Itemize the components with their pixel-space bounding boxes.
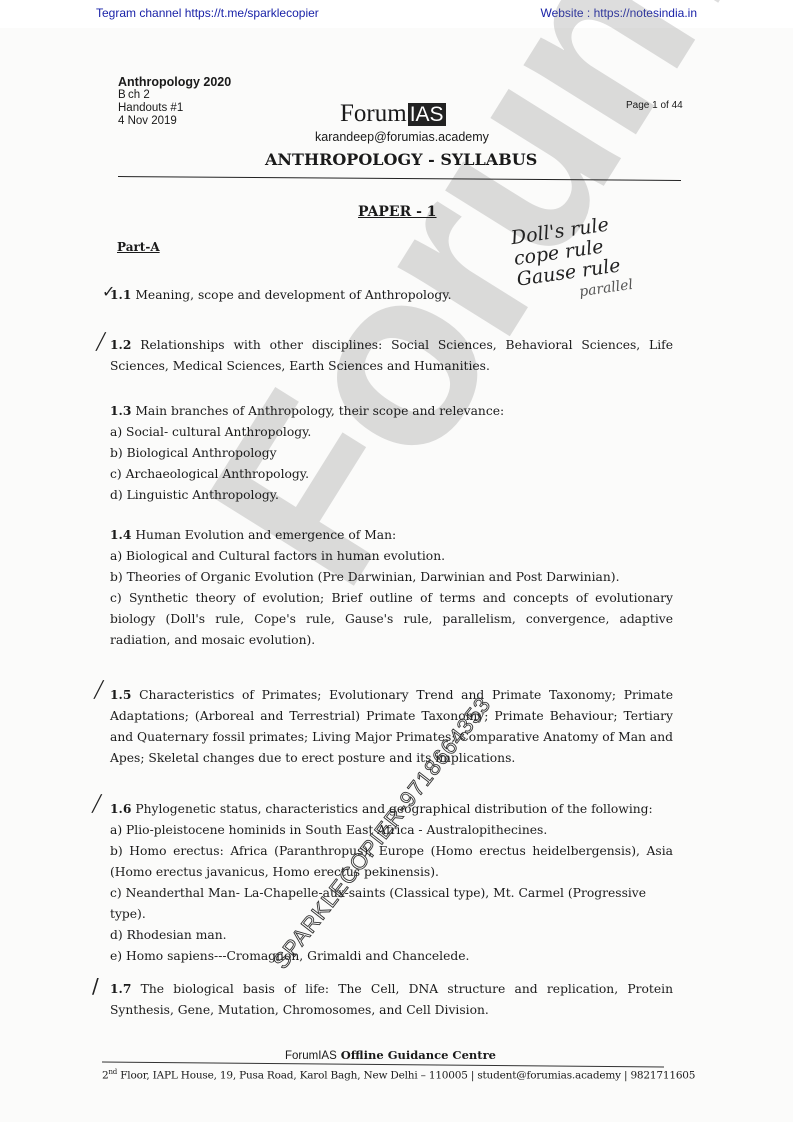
tick-mark-icon: ╱ xyxy=(94,680,104,699)
section-number: 1.6 xyxy=(110,801,131,816)
section-text: Characteristics of Primates; Evolutionar… xyxy=(110,688,673,765)
list-item: d) Rhodesian man. xyxy=(110,925,673,946)
list-item: b) Biological Anthropology xyxy=(110,443,673,464)
batch: B ch 2 xyxy=(118,89,231,102)
section-1-5: 1.5 Characteristics of Primates; Evoluti… xyxy=(110,684,673,769)
list-item: c) Neanderthal Man- La-Chapelle-aux-sain… xyxy=(110,883,673,925)
section-1-4: 1.4 Human Evolution and emergence of Man… xyxy=(110,524,673,651)
list-item: b) Theories of Organic Evolution (Pre Da… xyxy=(110,567,673,588)
floor-suffix: nd xyxy=(108,1068,117,1076)
tick-mark-icon: ╱ xyxy=(92,794,102,813)
section-text: Main branches of Anthropology, their sco… xyxy=(135,404,504,418)
part-heading: Part-A xyxy=(117,240,160,254)
list-item: c) Archaeological Anthropology. xyxy=(110,464,673,485)
section-number: 1.4 xyxy=(110,527,131,542)
section-number: 1.5 xyxy=(110,687,131,702)
address-text: Floor, IAPL House, 19, Pusa Road, Karol … xyxy=(117,1070,695,1082)
footer-brand-ias: IAS xyxy=(318,1050,337,1062)
footer-divider xyxy=(102,1062,664,1068)
list-item: b) Homo erectus: Africa (Paranthropus), … xyxy=(110,841,673,883)
list-item: a) Social- cultural Anthropology. xyxy=(110,422,673,443)
section-text: The biological basis of life: The Cell, … xyxy=(110,982,673,1017)
list-item: e) Homo sapiens---Cromagnon, Grimaldi an… xyxy=(110,946,673,967)
section-1-3: 1.3 Main branches of Anthropology, their… xyxy=(110,400,673,506)
logo-ias: IAS xyxy=(408,103,446,126)
tick-mark-icon: ✓ xyxy=(102,282,115,301)
contact-email: karandeep@forumias.academy xyxy=(315,130,489,144)
document-page: ForumIAS Anthropology 2020 B ch 2 Handou… xyxy=(0,28,793,1122)
list-item: c) Synthetic theory of evolution; Brief … xyxy=(110,588,673,651)
section-text: Meaning, scope and development of Anthro… xyxy=(135,288,451,302)
section-number: 1.7 xyxy=(110,981,131,996)
section-1-1: 1.1 Meaning, scope and development of An… xyxy=(110,284,673,306)
section-text: Relationships with other disciplines: So… xyxy=(110,338,673,373)
tick-mark-icon: / xyxy=(92,974,99,998)
handout-number: Handouts #1 xyxy=(118,102,231,115)
handout-meta: Anthropology 2020 B ch 2 Handouts #1 4 N… xyxy=(118,76,231,128)
section-number: 1.3 xyxy=(110,403,131,418)
section-number: 1.2 xyxy=(110,337,131,352)
document-title: ANTHROPOLOGY - SYLLABUS xyxy=(265,150,537,169)
handout-date: 4 Nov 2019 xyxy=(118,115,231,128)
paper-heading: PAPER - 1 xyxy=(358,204,437,220)
tick-mark-icon: ╱ xyxy=(96,332,106,351)
logo-forum: Forum xyxy=(340,100,407,127)
section-1-7: 1.7 The biological basis of life: The Ce… xyxy=(110,978,673,1021)
section-text: Human Evolution and emergence of Man: xyxy=(135,528,396,542)
section-1-2: 1.2 Relationships with other disciplines… xyxy=(110,334,673,377)
footer-brand-forum: Forum xyxy=(285,1050,318,1062)
footer-address: 2nd Floor, IAPL House, 19, Pusa Road, Ka… xyxy=(102,1068,695,1082)
telegram-channel-link[interactable]: Tegram channel https://t.me/sparklecopie… xyxy=(96,6,319,20)
footer-title: ForumIAS Offline Guidance Centre xyxy=(285,1048,496,1062)
list-item: a) Biological and Cultural factors in hu… xyxy=(110,546,673,567)
page-number: Page 1 of 44 xyxy=(626,100,683,111)
course-name: Anthropology 2020 xyxy=(118,76,231,89)
forumias-logo: ForumIAS xyxy=(340,100,446,128)
footer-title-text: Offline Guidance Centre xyxy=(337,1048,496,1062)
list-item: d) Linguistic Anthropology. xyxy=(110,485,673,506)
